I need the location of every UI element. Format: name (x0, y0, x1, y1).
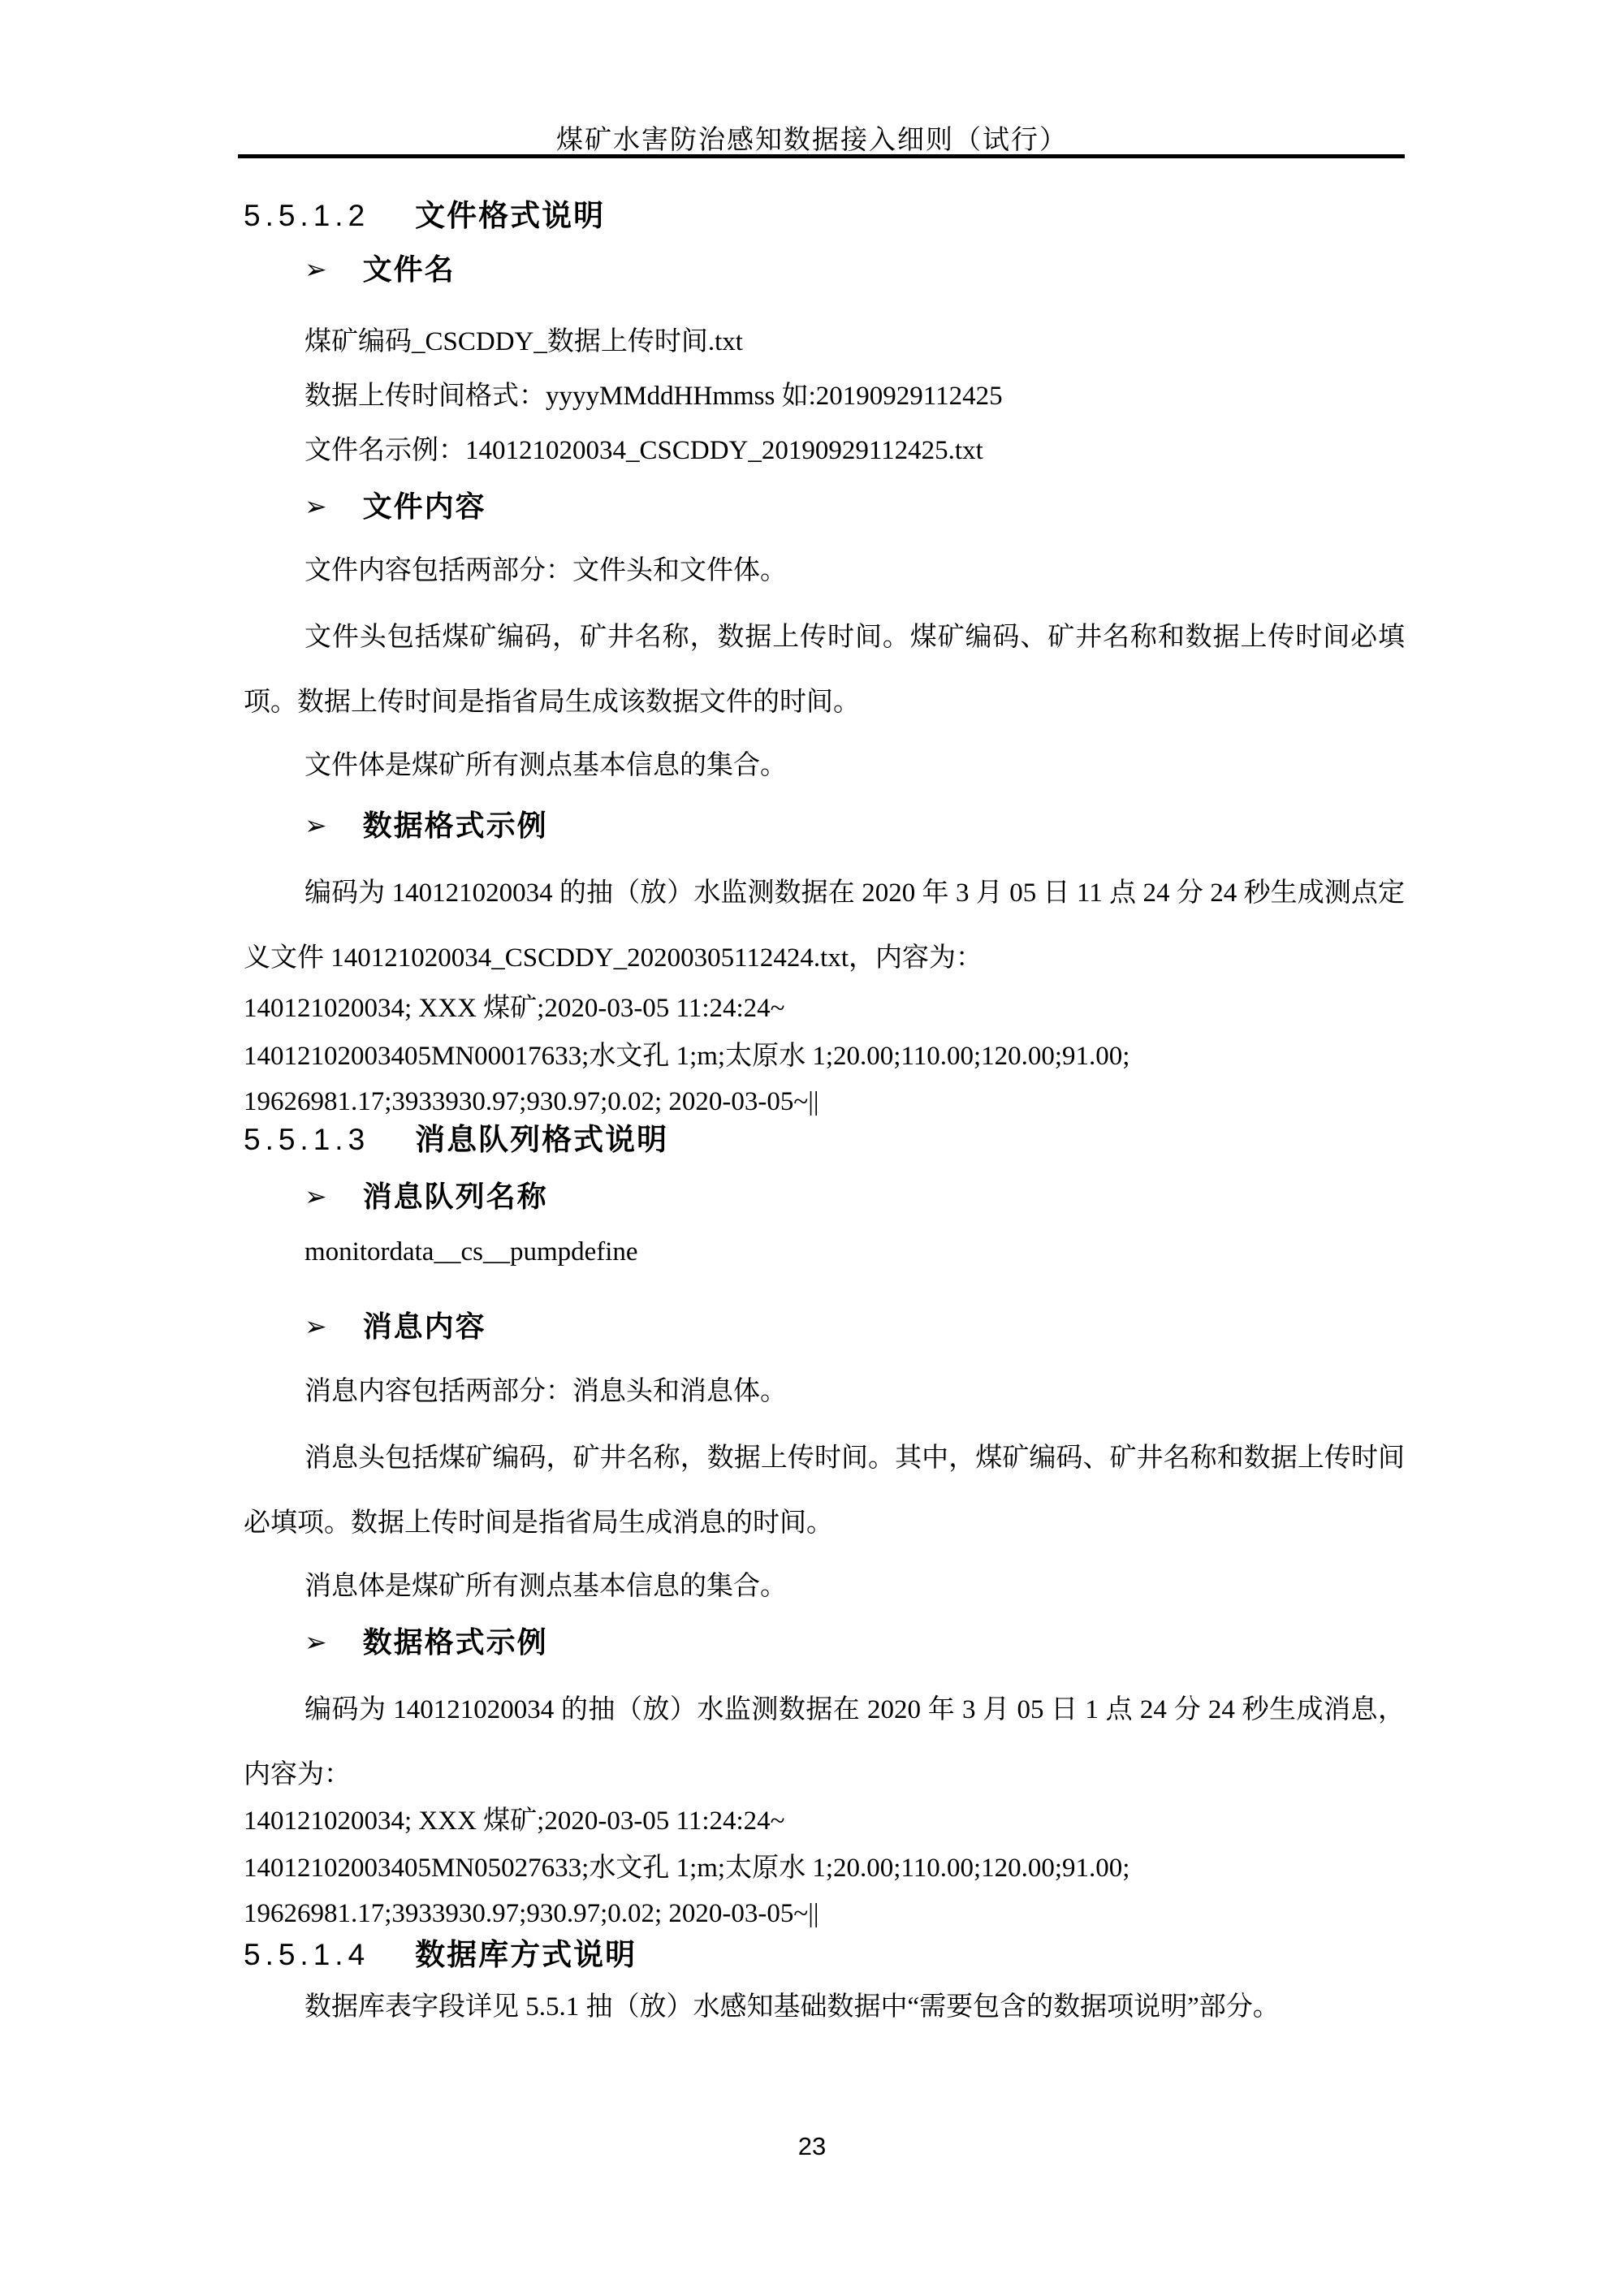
arrow-bullet-icon: ➢ (304, 809, 327, 841)
bullet-file-content: ➢文件内容 (304, 490, 486, 524)
running-header-title: 煤矿水害防治感知数据接入细则（试行） (0, 119, 1624, 157)
arrow-bullet-icon: ➢ (304, 1626, 327, 1658)
code-line: 14012102003405MN00017633;水文孔 1;m;太原水 1;2… (244, 1041, 1129, 1073)
code-line: 140121020034; XXX 煤矿;2020-03-05 11:24:24… (244, 993, 785, 1025)
header-rule-divider (238, 154, 1405, 158)
bullet-title: 消息内容 (363, 1310, 486, 1343)
bullet-title: 数据格式示例 (363, 1625, 548, 1659)
bullet-title: 消息队列名称 (363, 1180, 548, 1213)
body-paragraph: 文件头包括煤矿编码，矿井名称，数据上传时间。煤矿编码、矿井名称和数据上传时间必填… (244, 605, 1405, 735)
section-number: 5.5.1.4 (244, 1938, 369, 1971)
bullet-message-content: ➢消息内容 (304, 1310, 486, 1344)
bullet-queue-name: ➢消息队列名称 (304, 1180, 548, 1214)
document-page: 煤矿水害防治感知数据接入细则（试行） 5.5.1.2文件格式说明 ➢文件名 煤矿… (0, 0, 1624, 2296)
section-heading-5-5-1-2: 5.5.1.2文件格式说明 (244, 200, 605, 233)
body-paragraph: 文件体是煤矿所有测点基本信息的集合。 (244, 749, 787, 782)
bullet-title: 数据格式示例 (363, 809, 548, 842)
section-number: 5.5.1.3 (244, 1123, 369, 1156)
arrow-bullet-icon: ➢ (304, 1180, 327, 1212)
section-title: 数据库方式说明 (415, 1938, 637, 1971)
body-paragraph: 编码为 140121020034 的抽（放）水监测数据在 2020 年 3 月 … (244, 861, 1405, 990)
code-line: 140121020034; XXX 煤矿;2020-03-05 11:24:24… (244, 1806, 785, 1838)
code-line: 19626981.17;3933930.97;930.97;0.02; 2020… (244, 1898, 818, 1931)
body-paragraph: 消息内容包括两部分：消息头和消息体。 (244, 1375, 787, 1408)
queue-name-value: monitordata__cs__pumpdefine (304, 1236, 638, 1269)
page-number: 23 (0, 2132, 1624, 2161)
upload-time-format: 数据上传时间格式：yyyyMMddHHmmss 如:20190929112425 (304, 381, 1003, 413)
arrow-bullet-icon: ➢ (304, 253, 327, 285)
body-paragraph: 消息头包括煤矿编码，矿井名称，数据上传时间。其中，煤矿编码、矿井名称和数据上传时… (244, 1426, 1405, 1556)
section-title: 消息队列格式说明 (415, 1123, 668, 1156)
arrow-bullet-icon: ➢ (304, 490, 327, 522)
section-heading-5-5-1-4: 5.5.1.4数据库方式说明 (244, 1939, 637, 1972)
bullet-title: 文件名 (363, 252, 456, 286)
section-title: 文件格式说明 (415, 199, 605, 232)
body-paragraph: 消息体是煤矿所有测点基本信息的集合。 (244, 1570, 787, 1603)
body-paragraph: 文件内容包括两部分：文件头和文件体。 (244, 555, 787, 587)
bullet-data-format-example: ➢数据格式示例 (304, 809, 548, 843)
bullet-file-name: ➢文件名 (304, 253, 456, 287)
file-name-pattern: 煤矿编码_CSCDDY_数据上传时间.txt (304, 326, 743, 359)
body-paragraph: 数据库表字段详见 5.5.1 抽（放）水感知基础数据中“需要包含的数据项说明”部… (244, 1991, 1280, 2023)
section-number: 5.5.1.2 (244, 199, 369, 232)
arrow-bullet-icon: ➢ (304, 1310, 327, 1342)
section-heading-5-5-1-3: 5.5.1.3消息队列格式说明 (244, 1124, 668, 1157)
code-line: 19626981.17;3933930.97;930.97;0.02; 2020… (244, 1086, 818, 1119)
file-name-example: 文件名示例：140121020034_CSCDDY_20190929112425… (304, 435, 983, 468)
bullet-title: 文件内容 (363, 490, 486, 523)
bullet-data-format-example: ➢数据格式示例 (304, 1626, 548, 1659)
code-line: 14012102003405MN05027633;水文孔 1;m;太原水 1;2… (244, 1853, 1129, 1885)
body-paragraph: 编码为 140121020034 的抽（放）水监测数据在 2020 年 3 月 … (244, 1677, 1405, 1807)
